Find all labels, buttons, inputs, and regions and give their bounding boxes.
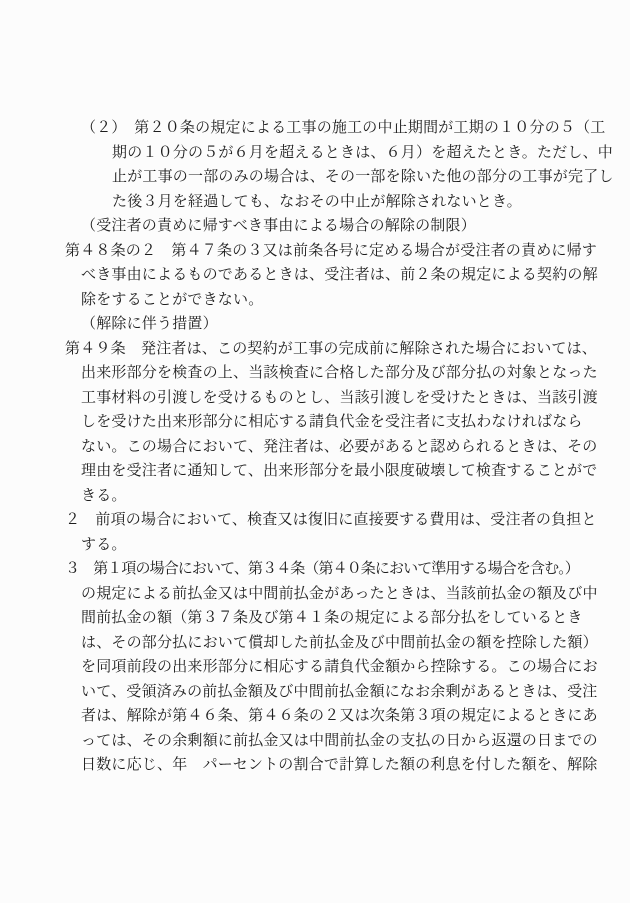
section-heading: （受注者の責めに帰すべき事由による場合の解除の制限） xyxy=(0,214,630,239)
article-49-paragraph-2: ２ 前項の場合において、検査又は復旧に直接要する費用は、受注者の負担と する。 xyxy=(0,508,630,557)
text-line: いて、受領済みの前払金額及び中間前払金額になお余剰があるときは、受注 xyxy=(0,680,630,705)
text-line: っては、その余剰額に前払金又は中間前払金の支払の日から返還の日までの xyxy=(0,729,630,754)
text-line: 出来形部分を検査の上、当該検査に合格した部分及び部分払の対象となった xyxy=(0,361,630,386)
text-line: の規定による前払金又は中間前払金があったときは、当該前払金の額及び中 xyxy=(0,582,630,607)
text-line: 期の１０分の５が６月を超えるときは、６月）を超えたとき。ただし、中 xyxy=(0,141,630,166)
text-line: （２） 第２０条の規定による工事の施工の中止期間が工期の１０分の５（工 xyxy=(0,116,630,141)
text-line: べき事由によるものであるときは、受注者は、前２条の規定による契約の解 xyxy=(0,263,630,288)
text-line: ２ 前項の場合において、検査又は復旧に直接要する費用は、受注者の負担と xyxy=(0,508,630,533)
text-line: 理由を受注者に通知して、出来形部分を最小限度破壊して検査することがで xyxy=(0,459,630,484)
text-line: た後３月を経過しても、なおその中止が解除されないとき。 xyxy=(0,190,630,215)
text-line: ない。この場合において、発注者は、必要があると認められるときは、その xyxy=(0,435,630,460)
text-line: 止が工事の一部のみの場合は、その一部を除いた他の部分の工事が完了し xyxy=(0,165,630,190)
article-49-paragraph-3: ３ 第１項の場合において、第３４条（第４０条において準用する場合を含む。） の規… xyxy=(0,557,630,778)
heading-restriction-on-termination: （受注者の責めに帰すべき事由による場合の解除の制限） xyxy=(0,214,630,239)
text-line: 者は、解除が第４６条、第４６条の２又は次条第３項の規定によるときにあ xyxy=(0,704,630,729)
text-line: 第４８条の２ 第４７条の３又は前条各号に定める場合が受注者の責めに帰す xyxy=(0,239,630,264)
text-line: しを受けた出来形部分に相応する請負代金を受注者に支払わなければなら xyxy=(0,410,630,435)
text-line: 間前払金の額（第３７条及び第４１条の規定による部分払をしているとき xyxy=(0,606,630,631)
item-2: （２） 第２０条の規定による工事の施工の中止期間が工期の１０分の５（工 期の１０… xyxy=(0,116,630,214)
section-heading: （解除に伴う措置） xyxy=(0,312,630,337)
text-line: 除をすることができない。 xyxy=(0,288,630,313)
contract-text-block: （２） 第２０条の規定による工事の施工の中止期間が工期の１０分の５（工 期の１０… xyxy=(0,116,630,778)
document-page: （２） 第２０条の規定による工事の施工の中止期間が工期の１０分の５（工 期の１０… xyxy=(0,0,630,903)
text-line: ３ 第１項の場合において、第３４条（第４０条において準用する場合を含む。） xyxy=(0,557,630,582)
text-line: 日数に応じ、年 パーセントの割合で計算した額の利息を付した額を、解除 xyxy=(0,753,630,778)
heading-measures-upon-termination: （解除に伴う措置） xyxy=(0,312,630,337)
text-line: を同項前段の出来形部分に相応する請負代金額から控除する。この場合にお xyxy=(0,655,630,680)
text-line: する。 xyxy=(0,533,630,558)
text-line: は、その部分払において償却した前払金及び中間前払金の額を控除した額） xyxy=(0,631,630,656)
article-49-paragraph-1: 第４９条 発注者は、この契約が工事の完成前に解除された場合においては、 出来形部… xyxy=(0,337,630,509)
text-line: 第４９条 発注者は、この契約が工事の完成前に解除された場合においては、 xyxy=(0,337,630,362)
article-48-2: 第４８条の２ 第４７条の３又は前条各号に定める場合が受注者の責めに帰す べき事由… xyxy=(0,239,630,313)
text-line: 工事材料の引渡しを受けるものとし、当該引渡しを受けたときは、当該引渡 xyxy=(0,386,630,411)
text-line: きる。 xyxy=(0,484,630,509)
